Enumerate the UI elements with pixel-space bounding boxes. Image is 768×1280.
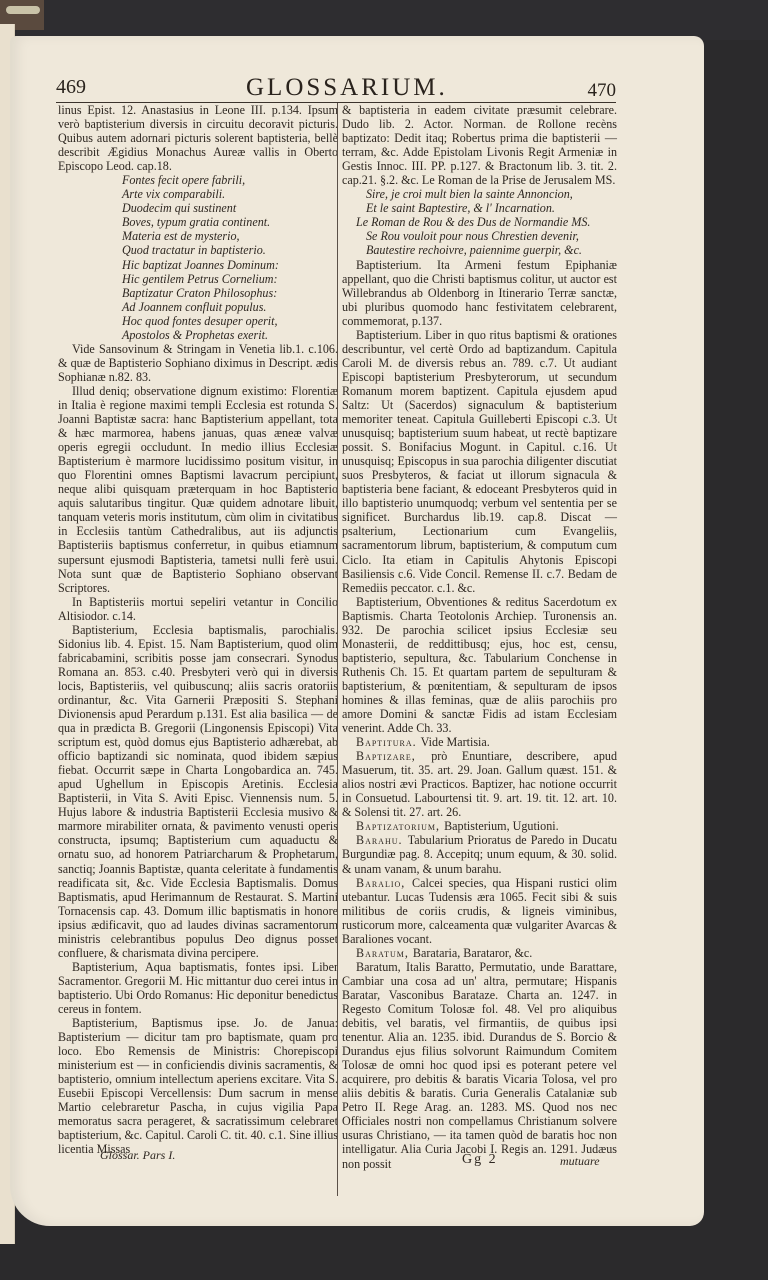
page-header: 469 GLOSSARIUM. 470	[56, 76, 616, 103]
glossary-entry: Baratum, Barataria, Barataror, &c.	[342, 946, 617, 960]
paragraph: Baptisterium, Ecclesia baptismalis, paro…	[58, 623, 338, 960]
paragraph: Baptisterium. Ita Armeni festum Epiphani…	[342, 258, 617, 328]
paragraph: & baptisteria in eadem civitate præsumit…	[342, 103, 617, 187]
entry-headword: Baralio,	[356, 876, 412, 890]
verse-line: Se Rou vouloit pour nous Chrestien deven…	[342, 229, 617, 243]
paragraph: Baptisterium, Obventiones & reditus Sace…	[342, 595, 617, 735]
entry-text: Vide Martisia.	[421, 735, 490, 749]
paragraph: In Baptisteriis mortui sepeliri vetantur…	[58, 595, 338, 623]
entry-text: Baptisterium, Ugutioni.	[444, 819, 559, 833]
glossary-entry: Baralio, Calcei species, qua Hispani rus…	[342, 876, 617, 946]
verse-line: Et le saint Baptestire, & l' Incarnation…	[342, 201, 617, 215]
page-number-left: 469	[56, 76, 86, 99]
paragraph: Illud deniq; observatione dignum existim…	[58, 384, 338, 595]
paragraph: Baptisterium. Liber in quo ritus baptism…	[342, 328, 617, 595]
verse-line: Quod tractatur in baptisterio.	[58, 243, 338, 257]
verse-line: Hic gentilem Petrus Cornelium:	[58, 272, 338, 286]
entry-headword: Baptizatorium,	[356, 819, 444, 833]
entry-headword: Baptitura.	[356, 735, 421, 749]
verse-line: Ad Joannem confluit populus.	[58, 300, 338, 314]
paragraph: Baratum, Italis Baratto, Permutatio, und…	[342, 960, 617, 1171]
catchword: mutuare	[560, 1154, 600, 1169]
verse-line: Fontes fecit opere fabrili,	[58, 173, 338, 187]
verse-line: Duodecim qui sustinent	[58, 201, 338, 215]
verse-line: Hic baptizat Joannes Dominum:	[58, 258, 338, 272]
left-column: linus Epist. 12. Anastasius in Leone III…	[58, 103, 338, 1157]
background-top	[0, 0, 768, 40]
verse-line: Baptizatur Craton Philosophus:	[58, 286, 338, 300]
entry-headword: Barahu.	[356, 833, 408, 847]
verse-line: Arte vix comparabili.	[58, 187, 338, 201]
glossary-entry: Barahu. Tabularium Prioratus de Paredo i…	[342, 833, 617, 875]
column-divider	[337, 103, 338, 1196]
entry-headword: Baratum,	[356, 946, 413, 960]
verse-line: Apostolos & Prophetas exerit.	[58, 328, 338, 342]
entry-headword: Baptizare,	[356, 749, 431, 763]
glossary-entry: Baptitura. Vide Martisia.	[342, 735, 617, 749]
entry-text: Barataria, Barataror, &c.	[413, 946, 532, 960]
verse-line: Boves, typum gratia continent.	[58, 215, 338, 229]
signature-mark: Gg 2	[462, 1152, 498, 1168]
paragraph: linus Epist. 12. Anastasius in Leone III…	[58, 103, 338, 173]
glossary-entry: Baptizare, prò Enuntiare, describere, ap…	[342, 749, 617, 819]
signature-note: Glossar. Pars I.	[100, 1148, 175, 1163]
page-number-right: 470	[588, 80, 617, 102]
verse-line: Hoc quod fontes desuper operit,	[58, 314, 338, 328]
running-title: GLOSSARIUM.	[246, 74, 448, 102]
glossary-entry: Baptizatorium, Baptisterium, Ugutioni.	[342, 819, 617, 833]
verse-line: Sire, je croi mult bien la sainte Annonc…	[342, 187, 617, 201]
right-column: & baptisteria in eadem civitate præsumit…	[342, 103, 617, 1171]
paragraph: Le Roman de Rou & des Dus de Normandie M…	[342, 215, 617, 229]
verse-line: Materia est de mysterio,	[58, 229, 338, 243]
verse-line: Bautestire rechoivre, paiennime guerpir,…	[342, 243, 617, 257]
paragraph: Vide Sansovinum & Stringam in Venetia li…	[58, 342, 338, 384]
paragraph: Baptisterium, Aqua baptismatis, fontes i…	[58, 960, 338, 1016]
paragraph: Baptisterium, Baptismus ipse. Jo. de Jan…	[58, 1016, 338, 1156]
